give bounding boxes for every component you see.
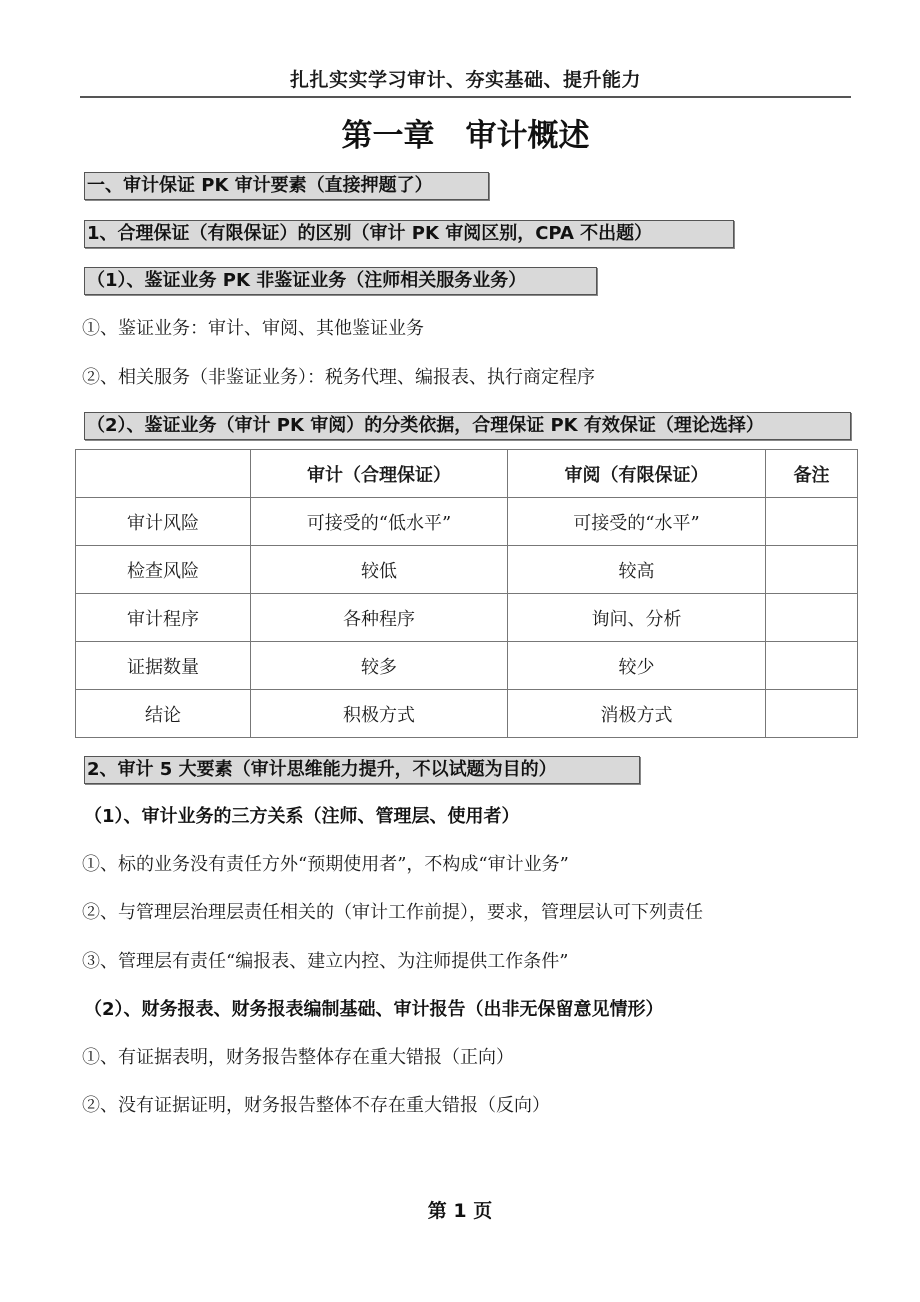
header-rule	[80, 96, 851, 98]
table-cell: 可接受的“低水平”	[251, 498, 508, 546]
section-heading-1-1-2: （2）、鉴证业务（审计 PK 审阅）的分类依据，合理保证 PK 有效保证（理论选…	[84, 412, 851, 440]
table-header-cell: 备注	[766, 450, 858, 498]
table-cell: 较多	[251, 642, 508, 690]
chapter-title: 第一章 审计概述	[80, 112, 851, 160]
table-header-row: 审计（合理保证） 审阅（有限保证） 备注	[76, 450, 858, 498]
list-item: ①、鉴证业务：审计、审阅、其他鉴证业务	[82, 316, 424, 342]
table-header-cell: 审阅（有限保证）	[508, 450, 766, 498]
subsection-heading: （2）、财务报表、财务报表编制基础、审计报告（出非无保留意见情形）	[84, 997, 664, 1023]
table-cell	[766, 498, 858, 546]
list-item: ①、有证据表明，财务报告整体存在重大错报（正向）	[82, 1045, 514, 1071]
table-cell: 可接受的“水平”	[508, 498, 766, 546]
table-cell: 较少	[508, 642, 766, 690]
table-row: 结论 积极方式 消极方式	[76, 690, 858, 738]
running-header: 扎扎实实学习审计、夯实基础、提升能力	[80, 66, 851, 94]
table-cell: 询问、分析	[508, 594, 766, 642]
section-heading-1: 一、审计保证 PK 审计要素（直接押题了）	[84, 172, 489, 200]
table-row: 审计风险 可接受的“低水平” 可接受的“水平”	[76, 498, 858, 546]
table-header-cell	[76, 450, 251, 498]
list-item: ②、与管理层治理层责任相关的（审计工作前提），要求，管理层认可下列责任	[82, 900, 703, 926]
table-row: 证据数量 较多 较少	[76, 642, 858, 690]
table-row: 检查风险 较低 较高	[76, 546, 858, 594]
list-item: ①、标的业务没有责任方外“预期使用者”，不构成“审计业务”	[82, 852, 569, 878]
table-cell	[766, 546, 858, 594]
table-cell: 积极方式	[251, 690, 508, 738]
table-cell	[766, 642, 858, 690]
list-item: ②、相关服务（非鉴证业务）：税务代理、编报表、执行商定程序	[82, 365, 595, 391]
section-heading-1-1: 1、合理保证（有限保证）的区别（审计 PK 审阅区别，CPA 不出题）	[84, 220, 734, 248]
table-cell: 审计风险	[76, 498, 251, 546]
table-cell	[766, 690, 858, 738]
subsection-heading: （1）、审计业务的三方关系（注师、管理层、使用者）	[84, 804, 520, 830]
list-item: ②、没有证据证明，财务报告整体不存在重大错报（反向）	[82, 1093, 550, 1119]
section-heading-1-2: 2、审计 5 大要素（审计思维能力提升，不以试题为目的）	[84, 756, 640, 784]
section-heading-1-1-1: （1）、鉴证业务 PK 非鉴证业务（注师相关服务业务）	[84, 267, 597, 295]
comparison-table: 审计（合理保证） 审阅（有限保证） 备注 审计风险 可接受的“低水平” 可接受的…	[75, 449, 858, 738]
table-cell: 较低	[251, 546, 508, 594]
table-header-cell: 审计（合理保证）	[251, 450, 508, 498]
table-cell: 较高	[508, 546, 766, 594]
table-cell: 审计程序	[76, 594, 251, 642]
table-cell: 证据数量	[76, 642, 251, 690]
table-cell	[766, 594, 858, 642]
table-cell: 各种程序	[251, 594, 508, 642]
table-cell: 检查风险	[76, 546, 251, 594]
table-cell: 结论	[76, 690, 251, 738]
table-cell: 消极方式	[508, 690, 766, 738]
list-item: ③、管理层有责任“编报表、建立内控、为注师提供工作条件”	[82, 949, 568, 975]
table-row: 审计程序 各种程序 询问、分析	[76, 594, 858, 642]
page-number: 第 1 页	[0, 1196, 920, 1223]
